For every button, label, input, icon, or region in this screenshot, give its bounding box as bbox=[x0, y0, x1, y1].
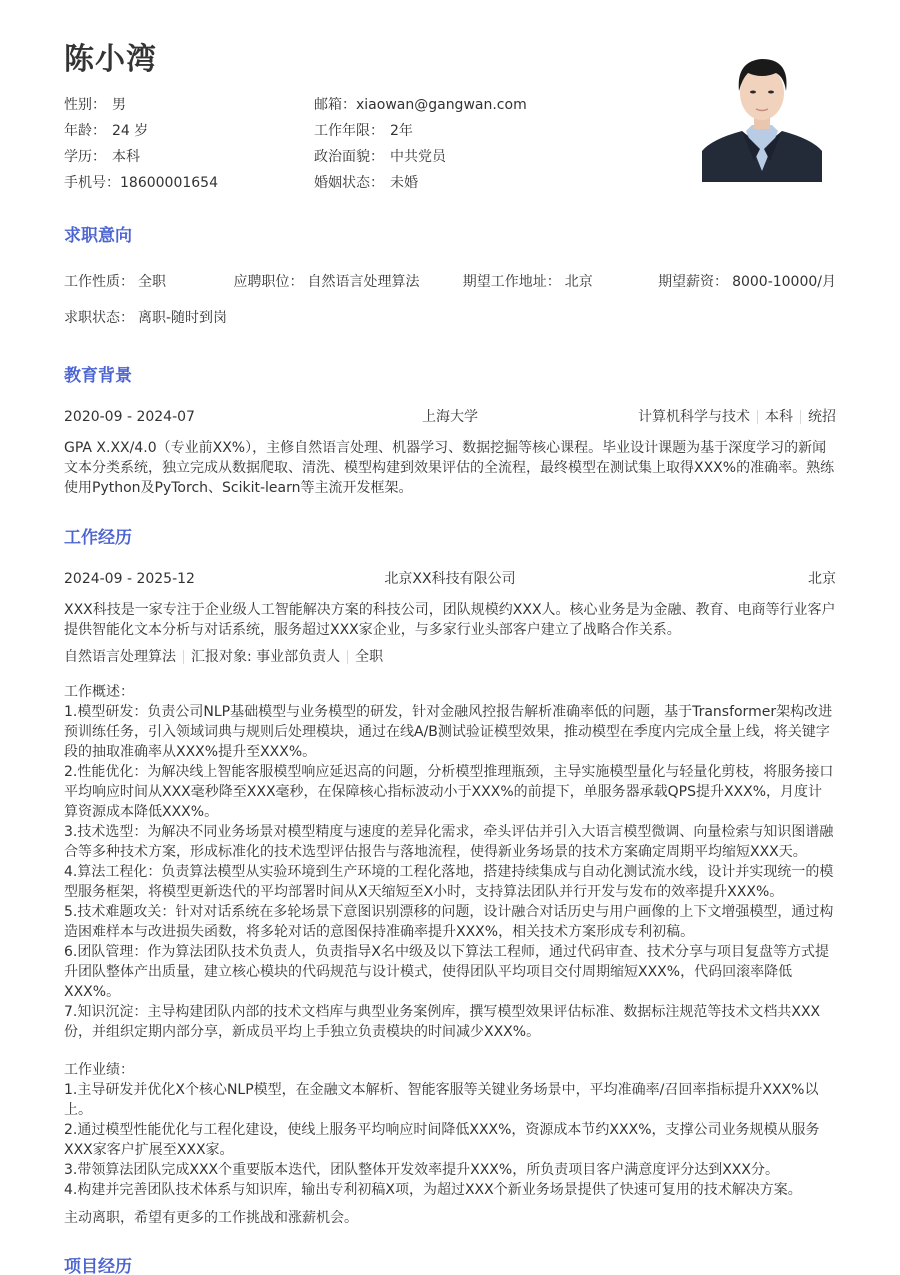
email-value[interactable]: xiaowan@gangwan.com bbox=[356, 94, 527, 120]
work-location: 北京 bbox=[808, 569, 836, 589]
marital-status-field: 婚姻状态： 未婚 bbox=[314, 172, 614, 198]
achievement-item: 3.带领算法团队完成XXX个重要版本迭代，团队整体开发效率提升XXX%，所负责项… bbox=[64, 1160, 836, 1180]
basic-info-row: 学历： 本科 政治面貌： 中共党员 bbox=[64, 146, 624, 172]
location-label: 期望工作地址： bbox=[463, 272, 561, 292]
divider bbox=[347, 650, 348, 664]
political-status-value: 中共党员 bbox=[390, 146, 446, 172]
work-years-label: 工作年限： bbox=[314, 120, 384, 146]
achievement-item: 1.主导研发并优化X个核心NLP模型，在金融文本解析、智能客服等关键业务场景中，… bbox=[64, 1080, 836, 1120]
age-field: 年龄： 24 岁 bbox=[64, 120, 314, 146]
gender-label: 性别： bbox=[64, 94, 106, 120]
work-overview-title: 工作概述： bbox=[64, 682, 836, 702]
education-details: 计算机科学与技术 本科 统招 bbox=[638, 407, 836, 427]
salary-field: 期望薪资： 8000-10000/月 bbox=[658, 272, 836, 292]
email-label: 邮箱： bbox=[314, 94, 356, 120]
achievement-item: 2.通过模型性能优化与工程化建设，使线上服务平均响应时间降低XXX%，资源成本节… bbox=[64, 1120, 836, 1160]
phone-field: 手机号： 18600001654 bbox=[64, 172, 314, 198]
divider bbox=[757, 410, 758, 424]
achievement-item: 4.构建并完善团队技术体系与知识库，输出专利初稿X项，为超过XXX个新业务场景提… bbox=[64, 1180, 836, 1200]
marital-status-value: 未婚 bbox=[390, 172, 418, 198]
education-level-label: 学历： bbox=[64, 146, 106, 172]
overview-item: 2.性能优化：为解决线上智能客服模型响应延迟高的问题，分析模型推理瓶颈，主导实施… bbox=[64, 762, 836, 822]
resume-page: 陈小湾 性别： 男 邮箱： xiaowan@gangwan.com 年龄： 24… bbox=[0, 0, 900, 1275]
age-value: 24 岁 bbox=[112, 120, 148, 146]
overview-item: 3.技术选型：为解决不同业务场景对模型精度与速度的差异化需求，牵头评估并引入大语… bbox=[64, 822, 836, 862]
basic-info-row: 性别： 男 邮箱： xiaowan@gangwan.com bbox=[64, 94, 624, 120]
avatar-photo bbox=[702, 51, 822, 182]
work-type-field: 工作性质： 全职 bbox=[64, 272, 233, 292]
divider bbox=[800, 410, 801, 424]
work-header: 2024-09 - 2025-12 北京XX科技有限公司 北京 bbox=[64, 569, 836, 589]
education-level-field: 学历： 本科 bbox=[64, 146, 314, 172]
education-header: 2020-09 - 2024-07 上海大学 计算机科学与技术 本科 统招 bbox=[64, 407, 836, 427]
political-status-field: 政治面貌： 中共党员 bbox=[314, 146, 614, 172]
education-degree: 本科 bbox=[765, 407, 793, 427]
position-field: 应聘职位： 自然语言处理算法 bbox=[233, 272, 462, 292]
work-tag-role: 自然语言处理算法 bbox=[64, 647, 176, 667]
overview-item: 4.算法工程化：负责算法模型从实验环境到生产环境的工程化落地，搭建持续集成与自动… bbox=[64, 862, 836, 902]
section-title-projects: 项目经历 bbox=[64, 1255, 132, 1275]
overview-item: 1.模型研发：负责公司NLP基础模型与业务模型的研发，针对金融风控报告解析准确率… bbox=[64, 702, 836, 762]
work-type-label: 工作性质： bbox=[64, 272, 134, 292]
basic-info-row: 手机号： 18600001654 婚姻状态： 未婚 bbox=[64, 172, 624, 198]
gender-field: 性别： 男 bbox=[64, 94, 314, 120]
political-status-label: 政治面貌： bbox=[314, 146, 384, 172]
work-years-field: 工作年限： 2年 bbox=[314, 120, 614, 146]
company-intro: XXX科技是一家专注于企业级人工智能解决方案的科技公司，团队规模约XXX人。核心… bbox=[64, 600, 836, 640]
job-status-label: 求职状态： bbox=[64, 308, 134, 328]
portrait-icon bbox=[702, 51, 822, 182]
education-type: 统招 bbox=[808, 407, 836, 427]
job-status-row: 求职状态： 离职-随时到岗 bbox=[64, 308, 836, 328]
location-field: 期望工作地址： 北京 bbox=[463, 272, 658, 292]
work-years-value: 2年 bbox=[390, 120, 413, 146]
work-tags: 自然语言处理算法 汇报对象: 事业部负责人 全职 bbox=[64, 647, 383, 667]
work-type-value: 全职 bbox=[138, 272, 166, 292]
basic-info: 性别： 男 邮箱： xiaowan@gangwan.com 年龄： 24 岁 工… bbox=[64, 94, 624, 198]
marital-status-label: 婚姻状态： bbox=[314, 172, 384, 198]
education-description: GPA X.XX/4.0（专业前XX%），主修自然语言处理、机器学习、数据挖掘等… bbox=[64, 438, 836, 498]
education-level-value: 本科 bbox=[112, 146, 140, 172]
work-overview: 工作概述： 1.模型研发：负责公司NLP基础模型与业务模型的研发，针对金融风控报… bbox=[64, 682, 836, 1042]
salary-label: 期望薪资： bbox=[658, 272, 728, 292]
work-achievements: 工作业绩： 1.主导研发并优化X个核心NLP模型，在金融文本解析、智能客服等关键… bbox=[64, 1060, 836, 1200]
gender-value: 男 bbox=[112, 94, 126, 120]
section-title-education: 教育背景 bbox=[64, 364, 132, 388]
job-status-value: 离职-随时到岗 bbox=[138, 308, 227, 328]
phone-value: 18600001654 bbox=[120, 172, 218, 198]
leave-reason: 主动离职，希望有更多的工作挑战和涨薪机会。 bbox=[64, 1208, 836, 1228]
work-tag-type: 全职 bbox=[355, 647, 383, 667]
overview-item: 7.知识沉淀：主导构建团队内部的技术文档库与典型业务案例库，撰写模型效果评估标准… bbox=[64, 1002, 836, 1042]
phone-label: 手机号： bbox=[64, 172, 120, 198]
overview-item: 5.技术难题攻关：针对对话系统在多轮场景下意图识别漂移的问题，设计融合对话历史与… bbox=[64, 902, 836, 942]
candidate-name: 陈小湾 bbox=[64, 38, 157, 82]
email-field: 邮箱： xiaowan@gangwan.com bbox=[314, 94, 614, 120]
work-company: 北京XX科技有限公司 bbox=[64, 569, 836, 589]
age-label: 年龄： bbox=[64, 120, 106, 146]
work-tag-report-to: 汇报对象: 事业部负责人 bbox=[191, 647, 340, 667]
job-intent-row: 工作性质： 全职 应聘职位： 自然语言处理算法 期望工作地址： 北京 期望薪资：… bbox=[64, 272, 836, 292]
salary-value: 8000-10000/月 bbox=[732, 272, 836, 292]
divider bbox=[183, 650, 184, 664]
location-value: 北京 bbox=[565, 272, 593, 292]
overview-item: 6.团队管理：作为算法团队技术负责人，负责指导X名中级及以下算法工程师，通过代码… bbox=[64, 942, 836, 1002]
position-label: 应聘职位： bbox=[233, 272, 303, 292]
education-major: 计算机科学与技术 bbox=[638, 407, 750, 427]
section-title-work: 工作经历 bbox=[64, 526, 132, 550]
position-value: 自然语言处理算法 bbox=[307, 272, 419, 292]
job-status-field: 求职状态： 离职-随时到岗 bbox=[64, 308, 227, 328]
section-title-job-intent: 求职意向 bbox=[64, 224, 132, 248]
basic-info-row: 年龄： 24 岁 工作年限： 2年 bbox=[64, 120, 624, 146]
work-achievements-title: 工作业绩： bbox=[64, 1060, 836, 1080]
